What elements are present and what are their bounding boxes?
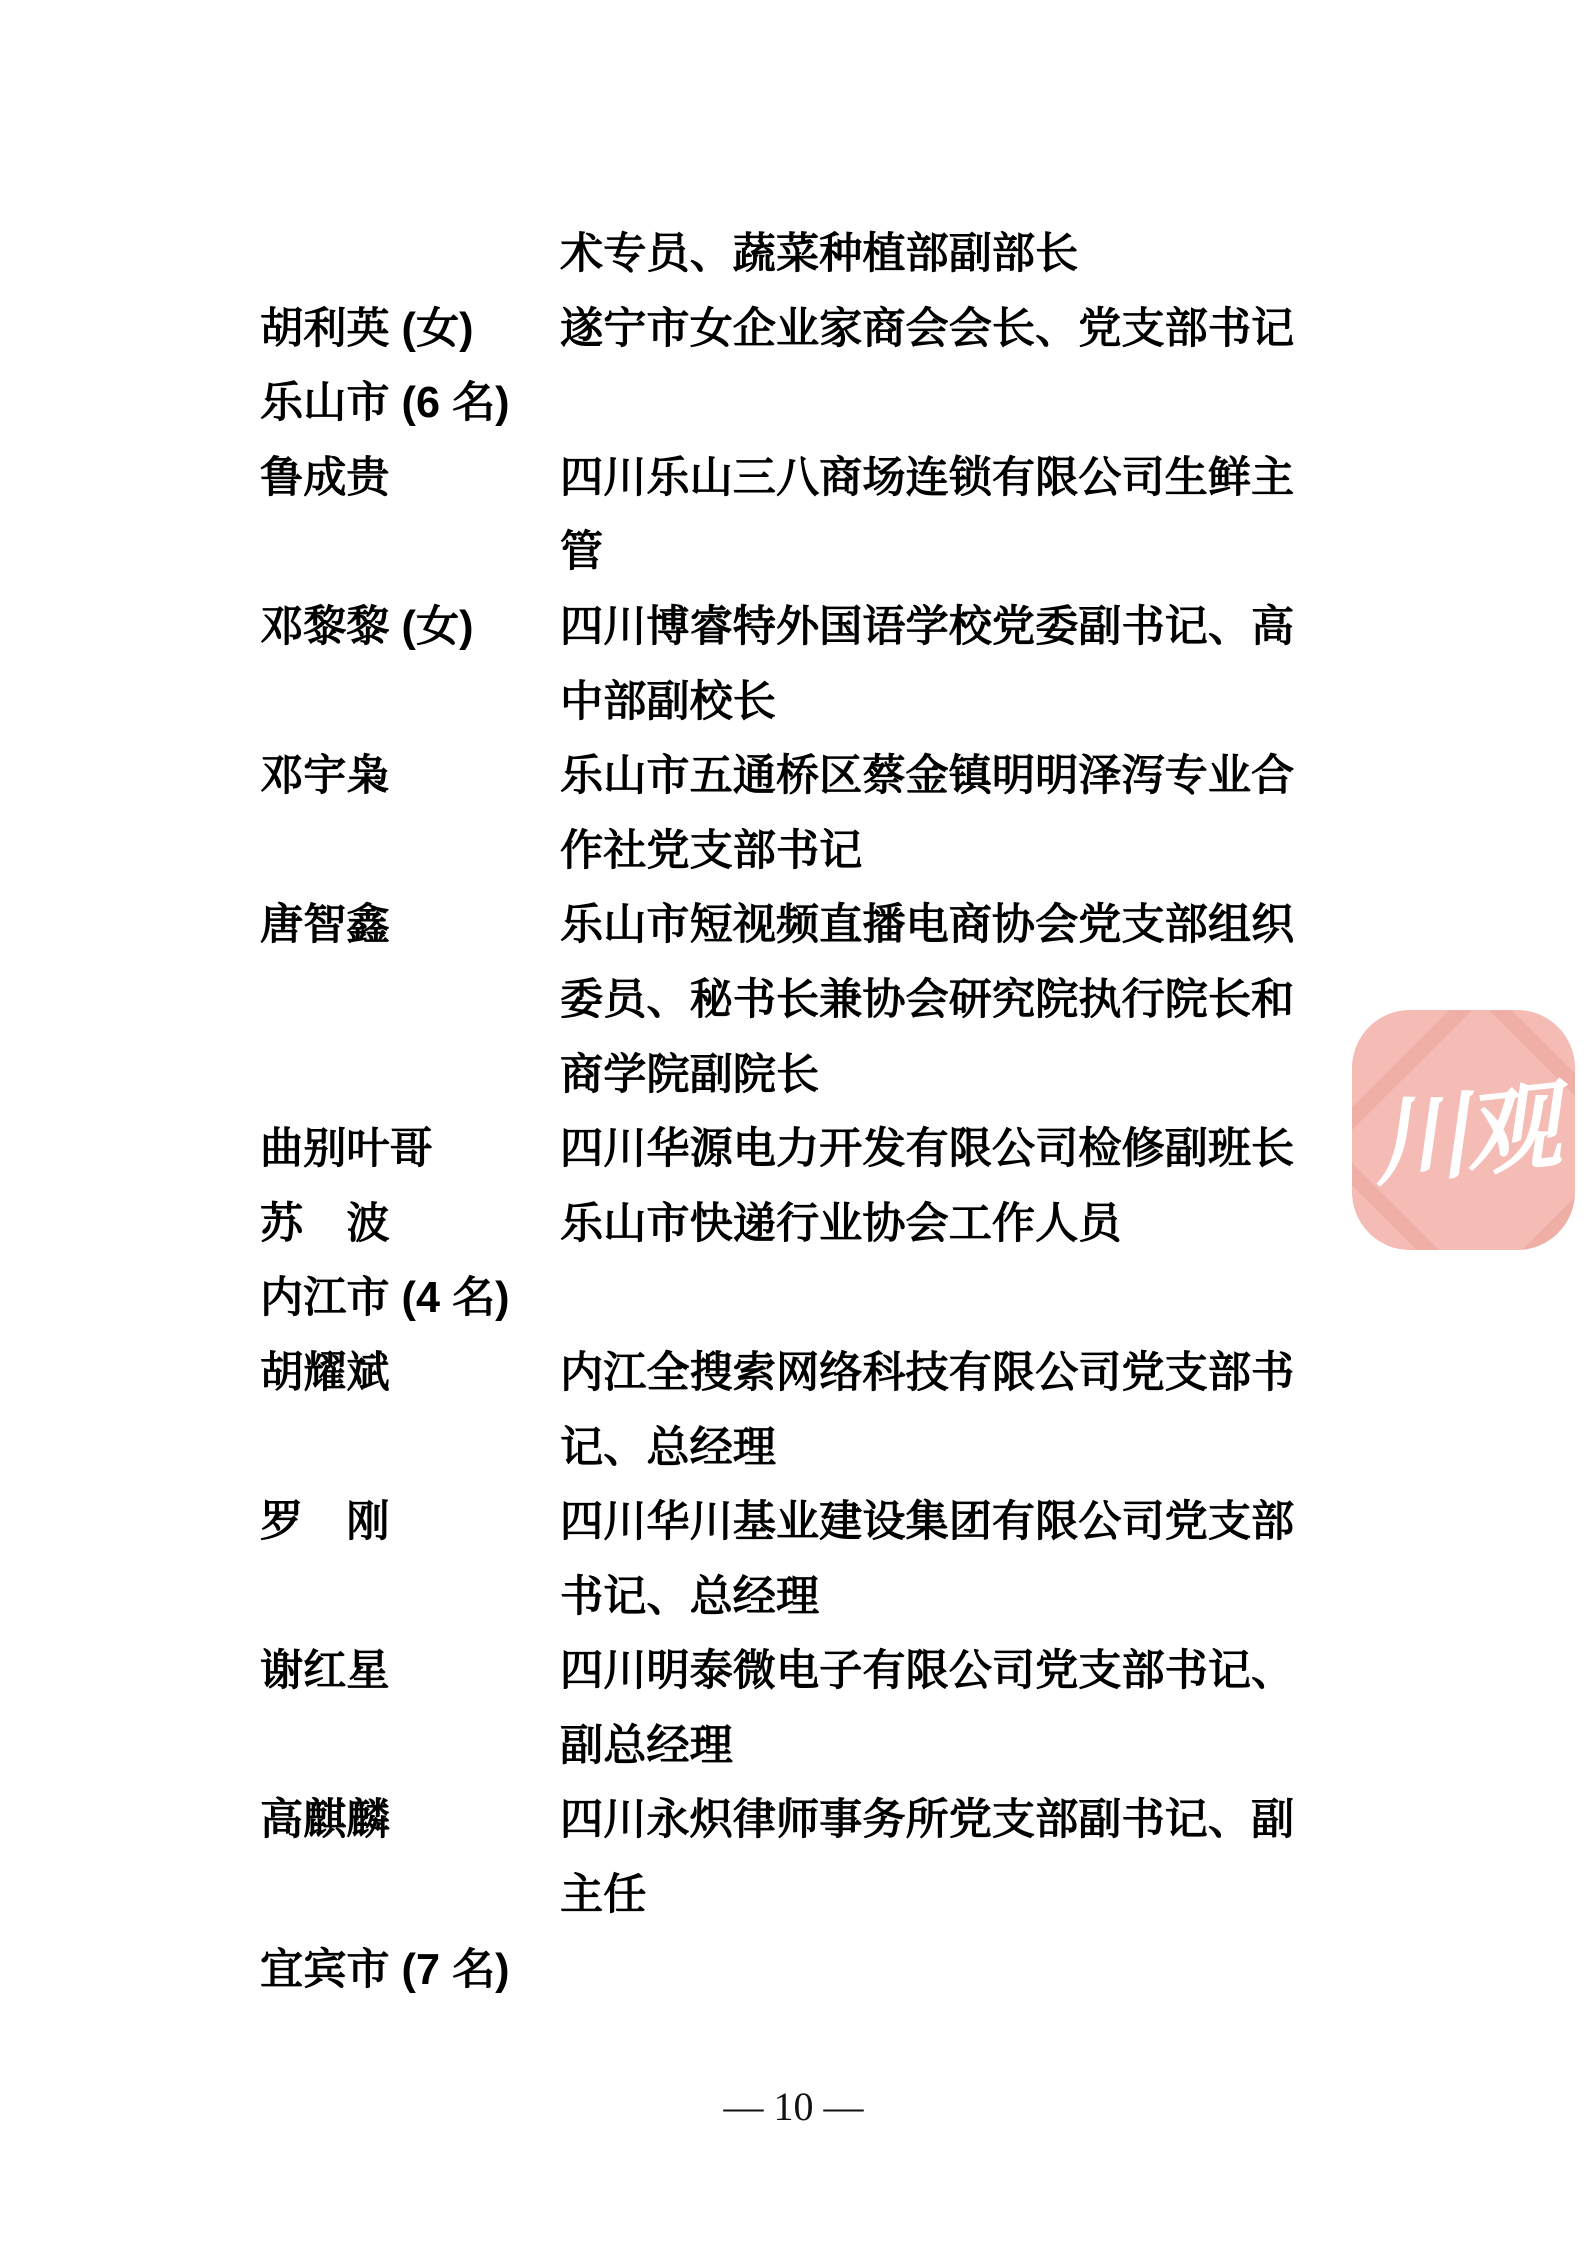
person-name — [260, 665, 560, 740]
person-name — [260, 1709, 560, 1784]
person-title: 书记、总经理 — [560, 1560, 1295, 1635]
person-title: 作社党支部书记 — [560, 814, 1295, 889]
person-name: 胡利英 (女) — [260, 292, 560, 367]
list-row: 胡耀斌内江全搜索网络科技有限公司党支部书 — [260, 1336, 1295, 1411]
person-title — [560, 366, 1295, 441]
section-title: 内江市 (4 名) — [260, 1261, 560, 1336]
person-name — [260, 814, 560, 889]
person-title — [560, 1933, 1295, 2008]
list-row: 邓黎黎 (女)四川博睿特外国语学校党委副书记、高 — [260, 590, 1295, 665]
section-header-neijiang: 内江市 (4 名) — [260, 1261, 1295, 1336]
person-title: 四川华川基业建设集团有限公司党支部 — [560, 1485, 1295, 1560]
award-name-list: 术专员、蔬菜种植部副部长 胡利英 (女)遂宁市女企业家商会会长、党支部书记 乐山… — [260, 217, 1295, 2007]
logo-text: 川观 — [1352, 1010, 1575, 1250]
person-title: 中部副校长 — [560, 665, 1295, 740]
list-row: 邓宇枭乐山市五通桥区蔡金镇明明泽泻专业合 — [260, 739, 1295, 814]
person-name — [260, 515, 560, 590]
list-row: 谢红星四川明泰微电子有限公司党支部书记、 — [260, 1634, 1295, 1709]
list-row: 中部副校长 — [260, 665, 1295, 740]
page-number: — 10 — — [0, 2083, 1587, 2130]
person-title: 遂宁市女企业家商会会长、党支部书记 — [560, 292, 1295, 367]
list-row: 主任 — [260, 1858, 1295, 1933]
person-title: 四川永炽律师事务所党支部副书记、副 — [560, 1783, 1295, 1858]
person-title: 记、总经理 — [560, 1411, 1295, 1486]
person-name: 谢红星 — [260, 1634, 560, 1709]
list-row: 作社党支部书记 — [260, 814, 1295, 889]
list-row: 高麒麟四川永炽律师事务所党支部副书记、副 — [260, 1783, 1295, 1858]
person-name — [260, 963, 560, 1038]
section-title: 乐山市 (6 名) — [260, 366, 560, 441]
person-name: 曲别叶哥 — [260, 1112, 560, 1187]
section-header-leshan: 乐山市 (6 名) — [260, 366, 1295, 441]
person-name — [260, 1411, 560, 1486]
person-title: 副总经理 — [560, 1709, 1295, 1784]
person-title: 术专员、蔬菜种植部副部长 — [560, 217, 1295, 292]
person-title: 内江全搜索网络科技有限公司党支部书 — [560, 1336, 1295, 1411]
list-row: 曲别叶哥四川华源电力开发有限公司检修副班长 — [260, 1112, 1295, 1187]
list-row: 记、总经理 — [260, 1411, 1295, 1486]
person-name — [260, 1038, 560, 1113]
person-name — [260, 217, 560, 292]
person-title: 主任 — [560, 1858, 1295, 1933]
person-name: 高麒麟 — [260, 1783, 560, 1858]
person-name: 鲁成贵 — [260, 441, 560, 516]
list-row: 副总经理 — [260, 1709, 1295, 1784]
person-title — [560, 1261, 1295, 1336]
person-title: 四川博睿特外国语学校党委副书记、高 — [560, 590, 1295, 665]
person-name: 唐智鑫 — [260, 888, 560, 963]
section-title: 宜宾市 (7 名) — [260, 1933, 560, 2008]
person-title: 商学院副院长 — [560, 1038, 1295, 1113]
person-title: 乐山市五通桥区蔡金镇明明泽泻专业合 — [560, 739, 1295, 814]
person-title: 乐山市短视频直播电商协会党支部组织 — [560, 888, 1295, 963]
chuanguan-watermark-logo: 川观 — [1352, 1010, 1575, 1250]
list-row: 胡利英 (女)遂宁市女企业家商会会长、党支部书记 — [260, 292, 1295, 367]
list-row: 唐智鑫乐山市短视频直播电商协会党支部组织 — [260, 888, 1295, 963]
person-name: 苏 波 — [260, 1187, 560, 1262]
section-header-yibin: 宜宾市 (7 名) — [260, 1933, 1295, 2008]
list-row: 术专员、蔬菜种植部副部长 — [260, 217, 1295, 292]
person-title: 四川明泰微电子有限公司党支部书记、 — [560, 1634, 1295, 1709]
person-name — [260, 1560, 560, 1635]
list-row: 商学院副院长 — [260, 1038, 1295, 1113]
list-row: 罗 刚四川华川基业建设集团有限公司党支部 — [260, 1485, 1295, 1560]
person-name: 罗 刚 — [260, 1485, 560, 1560]
list-row: 管 — [260, 515, 1295, 590]
list-row: 苏 波乐山市快递行业协会工作人员 — [260, 1187, 1295, 1262]
person-title: 四川华源电力开发有限公司检修副班长 — [560, 1112, 1295, 1187]
person-name: 邓黎黎 (女) — [260, 590, 560, 665]
person-name: 胡耀斌 — [260, 1336, 560, 1411]
person-title: 委员、秘书长兼协会研究院执行院长和 — [560, 963, 1295, 1038]
list-row: 书记、总经理 — [260, 1560, 1295, 1635]
person-name — [260, 1858, 560, 1933]
document-page: 术专员、蔬菜种植部副部长 胡利英 (女)遂宁市女企业家商会会长、党支部书记 乐山… — [0, 0, 1587, 2245]
list-row: 委员、秘书长兼协会研究院执行院长和 — [260, 963, 1295, 1038]
list-row: 鲁成贵四川乐山三八商场连锁有限公司生鲜主 — [260, 441, 1295, 516]
person-title: 乐山市快递行业协会工作人员 — [560, 1187, 1295, 1262]
person-title: 四川乐山三八商场连锁有限公司生鲜主 — [560, 441, 1295, 516]
person-name: 邓宇枭 — [260, 739, 560, 814]
person-title: 管 — [560, 515, 1295, 590]
